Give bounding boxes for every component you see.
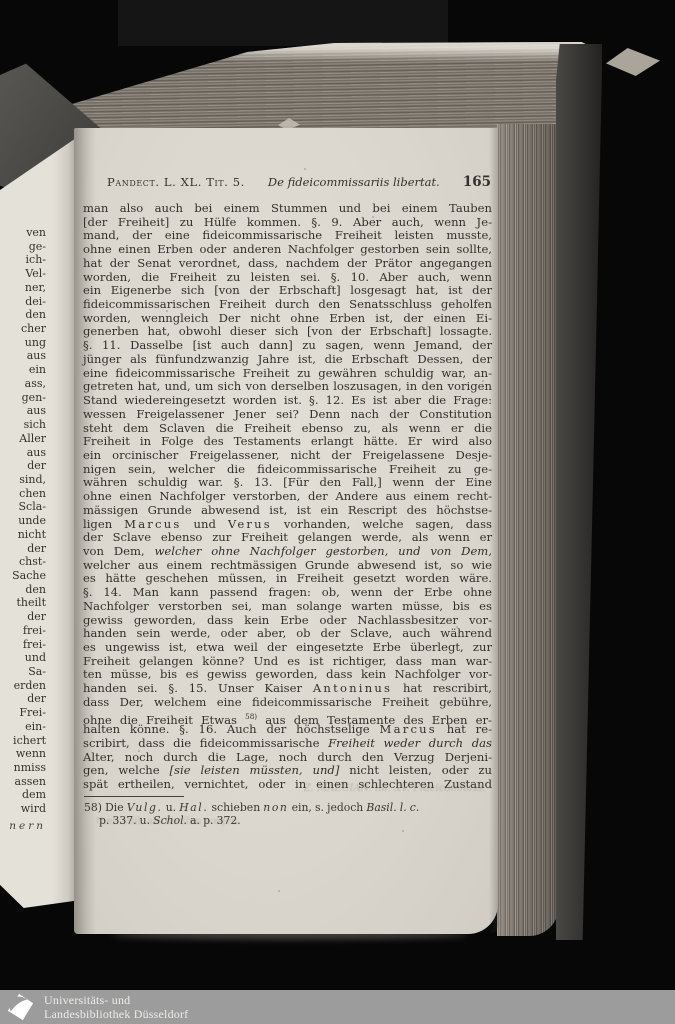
text-line: ung [0, 336, 46, 350]
text-line: es hätte geschehen müssen, in Freiheit g… [83, 572, 492, 586]
text-line: §. 14. Man kann passend fragen: ob, wenn… [83, 586, 492, 600]
text-line: p. 337. u. Schol. a. p. 372. [84, 814, 419, 827]
text-line: unde [0, 514, 46, 528]
footnote-text: 58) Die Vulg. u. Hal. schieben non ein, … [84, 801, 419, 828]
text-line: ten müsse, bis es gewiss geworden, dass … [83, 668, 492, 682]
text-line: Frei- [0, 706, 46, 720]
text-line: §. 11. Dasselbe [ist auch dann] zu sagen… [83, 339, 492, 353]
show-through-text: Z. MAECIAN. lib. XV. Fideicommiss. [282, 783, 486, 794]
text-line: ein [0, 363, 46, 377]
text-line: erden [0, 679, 46, 693]
text-line: dem [0, 788, 46, 802]
text-line: generben hat, obwohl dieser sich [von de… [83, 325, 492, 339]
text-line: der Sclave ebenso zur Freiheit gelangen … [83, 531, 492, 545]
text-line: Freiheit gelangen könne? Und es ist rich… [83, 655, 492, 669]
text-line: handen sein werde, oder aber, ob der Scl… [83, 627, 492, 641]
text-line: ohne einen Nachfolger verstorben, der An… [83, 490, 492, 504]
text-line: welcher aus einem rechtmässigen Grunde a… [83, 559, 492, 573]
text-line: ner, [0, 281, 46, 295]
text-line: chst- [0, 555, 46, 569]
library-name: Universitäts- und Landesbibliothek Düsse… [44, 993, 188, 1021]
paper-foxing-specks [74, 128, 76, 130]
text-line: es ungewiss ist, etwa weil der eingesetz… [83, 641, 492, 655]
left-page-sliver: venge-ich-Vel-ner,dei-dencherungauseinas… [0, 136, 79, 908]
text-line: eine fideicommissarische Freiheit zu gew… [83, 367, 492, 381]
text-line: Sache [0, 569, 46, 583]
text-line: getreten hat, und, um sich von derselben… [83, 380, 492, 394]
page-text: man also auch bei einem Stummen und bei … [83, 202, 492, 792]
text-line: ge- [0, 240, 46, 254]
text-line: ichert [0, 734, 46, 748]
text-line: handen sei. §. 15. Unser Kaiser Antoninu… [83, 682, 492, 696]
text-line: der [0, 610, 46, 624]
text-line: mand, der eine fideicommissarische Freih… [83, 229, 492, 243]
left-page-footnote-fragment: nern [2, 820, 46, 832]
text-line: Aller [0, 432, 46, 446]
text-line: ass, [0, 377, 46, 391]
text-line: Nachfolger verstorben sei, man solange w… [83, 600, 492, 614]
text-line: Stand wiedereingesetzt worden ist. §. 12… [83, 394, 492, 408]
text-line: frei- [0, 638, 46, 652]
text-line: sind, [0, 473, 46, 487]
text-line: ein orcinischer Freigelassener, nicht de… [83, 449, 492, 463]
text-line: theilt [0, 596, 46, 610]
text-line: Alter, noch durch die Lage, noch durch d… [83, 751, 492, 765]
text-line: worden, die Freiheit zu leisten sei. §. … [83, 271, 492, 285]
text-line: Freiheit in Folge des Testaments erlangt… [83, 435, 492, 449]
text-line: halten könne. §. 16. Auch der höchstseli… [83, 723, 492, 737]
text-line: ein Eigenerbe sich [von der Erbschaft] l… [83, 284, 492, 298]
book-page: Pandect. L. XL. Tit. 5. De fideicommissa… [74, 128, 498, 934]
book-cover-right [556, 44, 602, 940]
text-line: aus [0, 404, 46, 418]
library-name-line1: Universitäts- und [44, 993, 188, 1007]
text-line: cher [0, 322, 46, 336]
text-line: gen- [0, 391, 46, 405]
running-header: Pandect. L. XL. Tit. 5. De fideicommissa… [83, 174, 491, 190]
text-line: Sa- [0, 665, 46, 679]
text-line: gen, welche [sie leisten müssten, und] n… [83, 764, 492, 778]
text-line: scribirt, dass die fideicommissarische F… [83, 737, 492, 751]
library-name-line2: Landesbibliothek Düsseldorf [44, 1007, 188, 1021]
text-line: dei- [0, 295, 46, 309]
text-line: Scla- [0, 500, 46, 514]
text-line: ohne einen Erben oder anderen Nachfolger… [83, 243, 492, 257]
text-line: ein- [0, 720, 46, 734]
text-line: [der Freiheit] zu Hülfe kommen. §. 9. Ab… [83, 216, 492, 230]
text-line: sich [0, 418, 46, 432]
text-line: hat der Senat verordnet, dass, nachdem d… [83, 257, 492, 271]
text-line: man also auch bei einem Stummen und bei … [83, 202, 492, 216]
text-line: fideicommissarischen Freiheit durch den … [83, 298, 492, 312]
book-scan-photo: venge-ich-Vel-ner,dei-dencherungauseinas… [0, 0, 675, 1024]
text-line: ich- [0, 253, 46, 267]
ulb-duesseldorf-logo-icon [5, 992, 35, 1022]
text-line: währen schuldig war. §. 13. [Für den Fal… [83, 476, 492, 490]
book-fore-edge [497, 124, 559, 936]
text-line: 58) Die Vulg. u. Hal. schieben non ein, … [84, 801, 419, 814]
footnote-separator-rule [84, 796, 184, 797]
text-line: nmiss [0, 761, 46, 775]
text-line: nigen sein, welcher die fideicommissaris… [83, 463, 492, 477]
text-line: assen [0, 775, 46, 789]
text-line: frei- [0, 624, 46, 638]
text-line: ohne die Freiheit Etwas 58) aus dem Test… [83, 710, 492, 724]
text-line: jünger als fünfundzwanzig Jahre ist, die… [83, 353, 492, 367]
text-line: chen [0, 487, 46, 501]
text-line: ven [0, 226, 46, 240]
text-line: wenn [0, 747, 46, 761]
text-line: mässigen Grunde abwesend ist, ist ein Re… [83, 504, 492, 518]
text-line: aus [0, 349, 46, 363]
text-line: und [0, 651, 46, 665]
library-watermark-bar: Universitäts- und Landesbibliothek Düsse… [0, 990, 675, 1024]
text-line: von Dem, welcher ohne Nachfolger gestorb… [83, 545, 492, 559]
text-line: wird [0, 802, 46, 816]
text-line: der [0, 459, 46, 473]
text-line: der [0, 692, 46, 706]
running-title-italic: De fideicommissariis libertat. [268, 175, 440, 189]
text-line: steht dem Sclaven die Freiheit ebenso zu… [83, 422, 492, 436]
text-line: ligen Marcus und Verus vorhanden, welche… [83, 518, 492, 532]
left-page-text-fragments: venge-ich-Vel-ner,dei-dencherungauseinas… [0, 226, 46, 816]
book-spine-top-shadow [118, 0, 448, 46]
text-line: aus [0, 446, 46, 460]
text-line: nicht [0, 528, 46, 542]
text-line: worden, wenngleich Der nicht ohne Erben … [83, 312, 492, 326]
page-number: 165 [463, 174, 491, 190]
text-line: wessen Freigelassener Jener sei? Denn na… [83, 408, 492, 422]
text-line: der [0, 542, 46, 556]
text-line: den [0, 583, 46, 597]
text-line: Vel- [0, 267, 46, 281]
text-line: gewiss geworden, dass kein Erbe oder Nac… [83, 614, 492, 628]
running-title-left: Pandect. L. XL. Tit. 5. [83, 175, 245, 189]
text-line: dass Der, welchem eine fideicommissarisc… [83, 696, 492, 710]
cover-tear-top-right [606, 48, 660, 76]
text-line: den [0, 308, 46, 322]
